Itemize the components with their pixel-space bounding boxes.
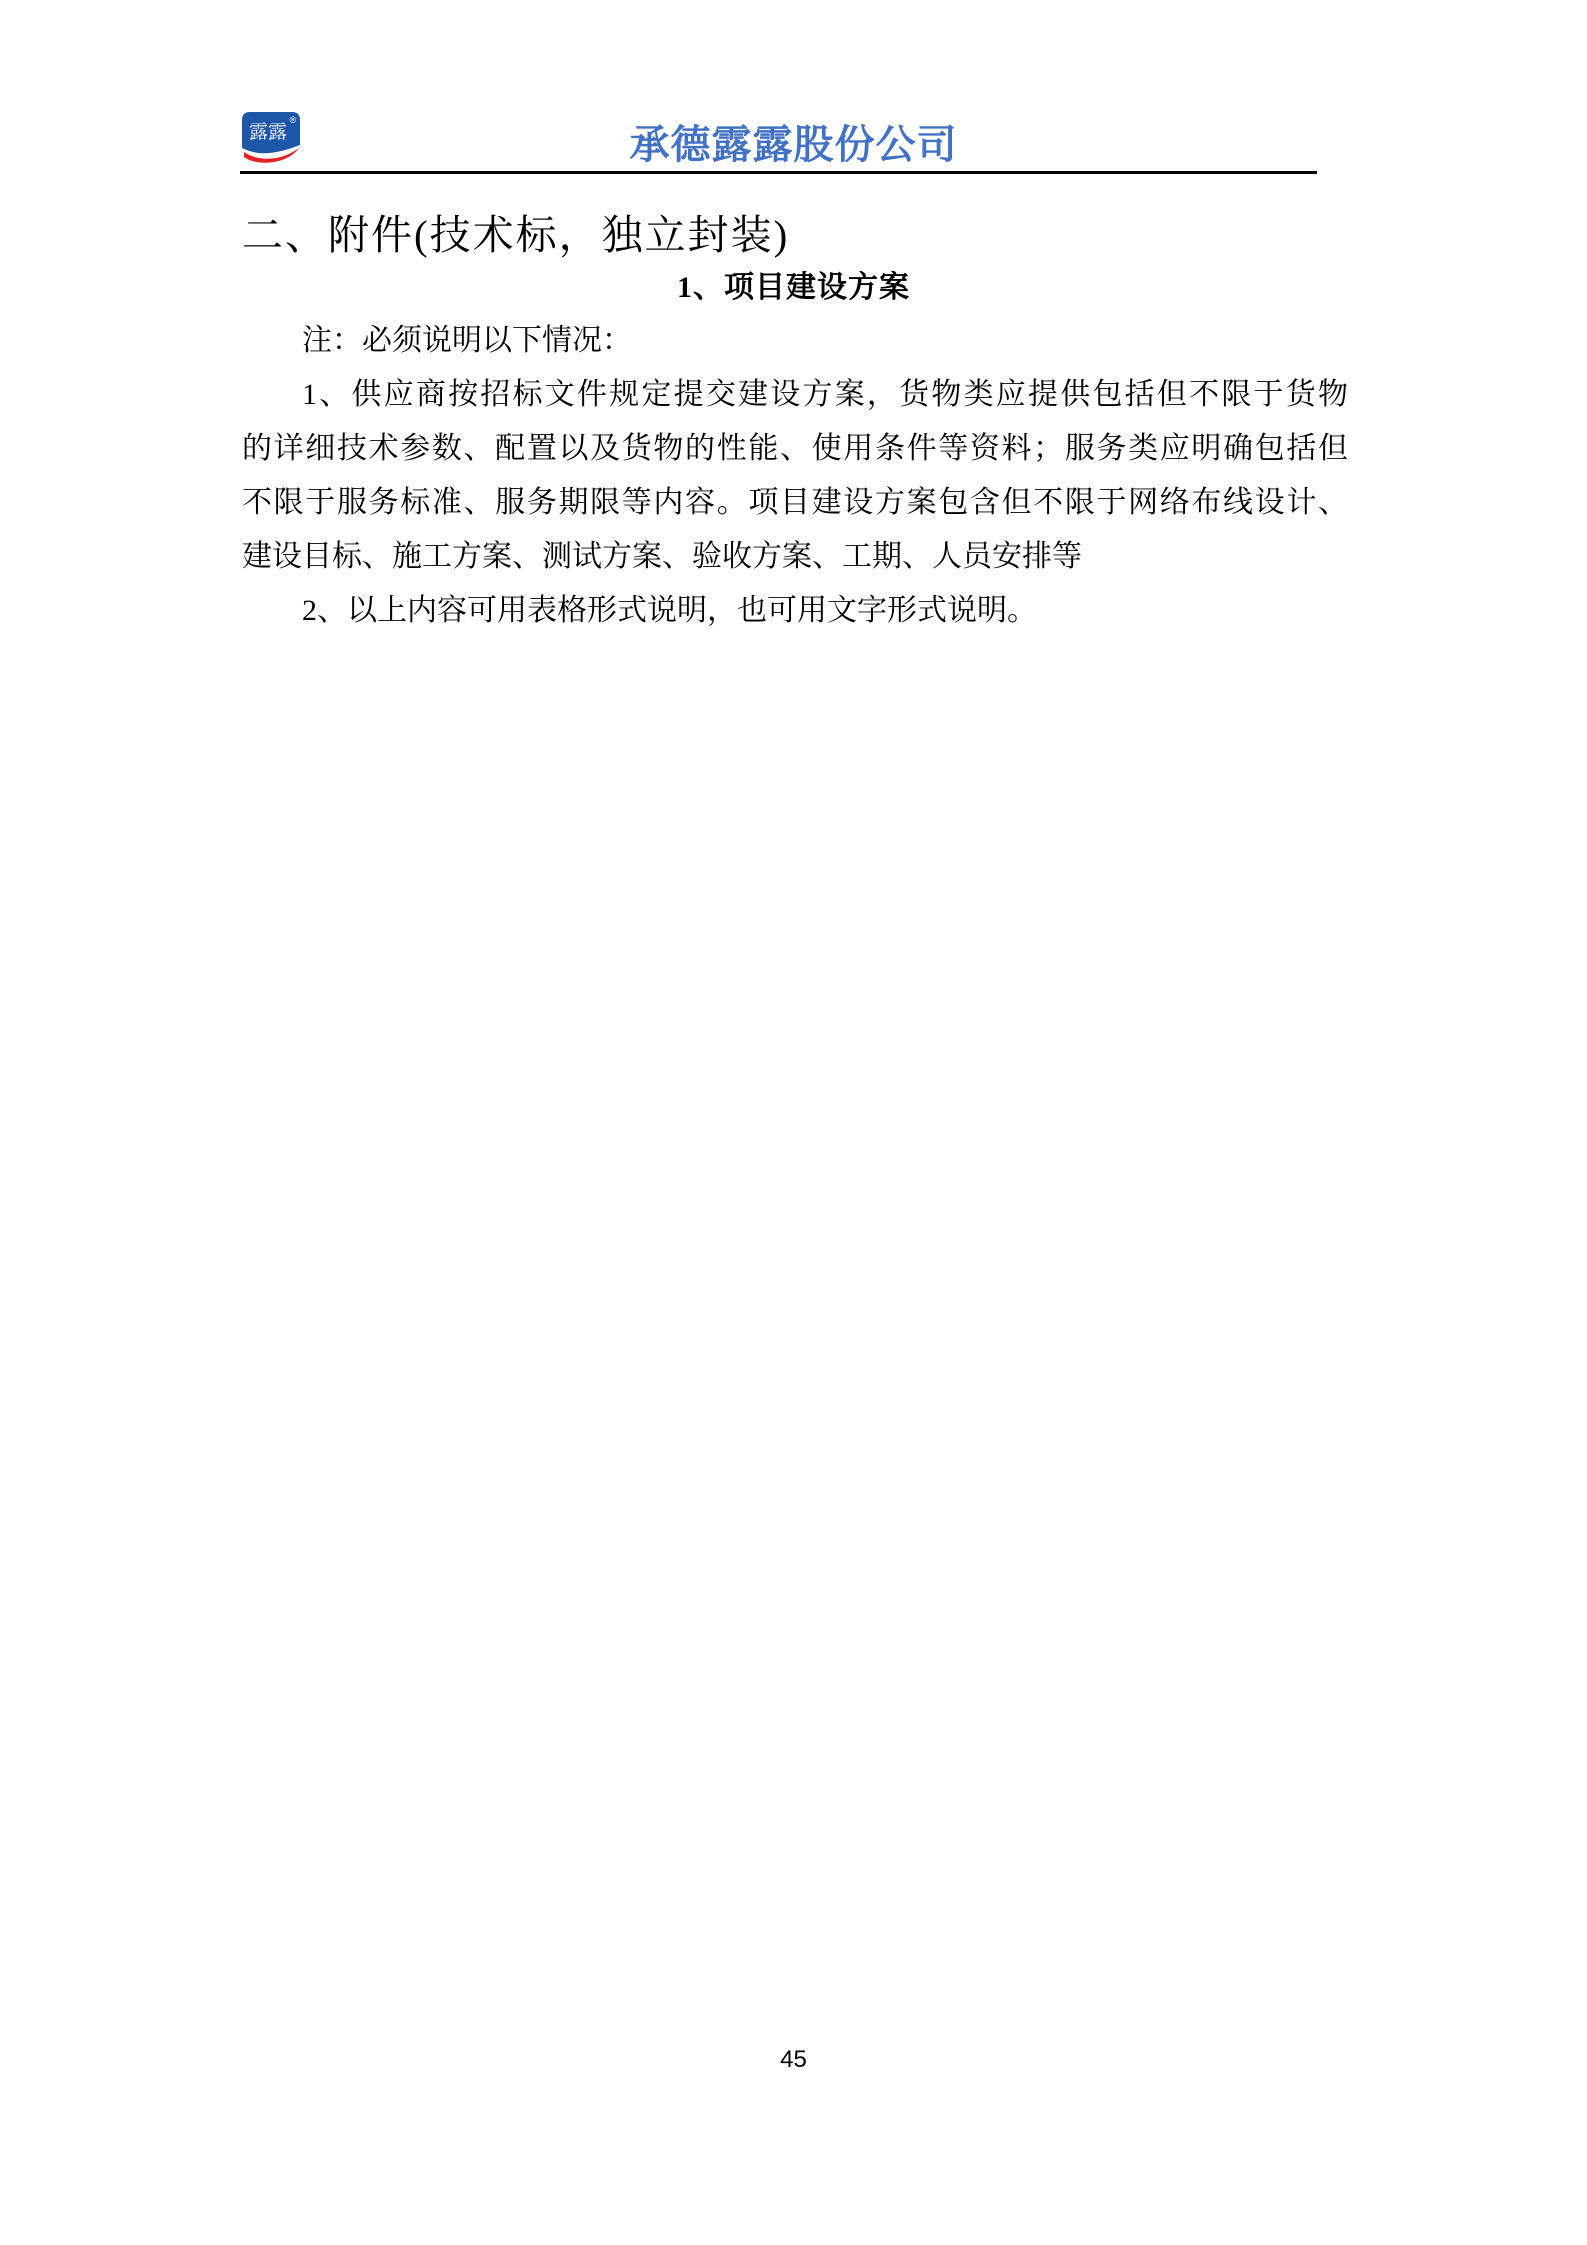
- body-line: 1、供应商按招标文件规定提交建设方案，货物类应提供包括但不限于货物: [242, 368, 1348, 422]
- body-line: 注：必须说明以下情况：: [242, 314, 1348, 368]
- document-page: 露露 ® 承德露露股份公司 二、附件(技术标，独立封装) 1、项目建设方案 注：…: [0, 0, 1587, 2245]
- body-line: 不限于服务标准、服务期限等内容。项目建设方案包含但不限于网络布线设计、: [242, 476, 1348, 530]
- body-line: 的详细技术参数、配置以及货物的性能、使用条件等资料；服务类应明确包括但: [242, 422, 1348, 476]
- body-line: 建设目标、施工方案、测试方案、验收方案、工期、人员安排等: [242, 530, 1348, 584]
- body-line: 2、以上内容可用表格形式说明，也可用文字形式说明。: [242, 584, 1348, 638]
- body-text: 注：必须说明以下情况： 1、供应商按招标文件规定提交建设方案，货物类应提供包括但…: [242, 314, 1348, 638]
- header-divider: [240, 171, 1317, 174]
- section-title: 二、附件(技术标，独立封装): [242, 205, 1348, 265]
- section-subtitle: 1、项目建设方案: [0, 261, 1587, 315]
- page-number: 45: [0, 2046, 1587, 2074]
- company-name: 承德露露股份公司: [0, 115, 1587, 175]
